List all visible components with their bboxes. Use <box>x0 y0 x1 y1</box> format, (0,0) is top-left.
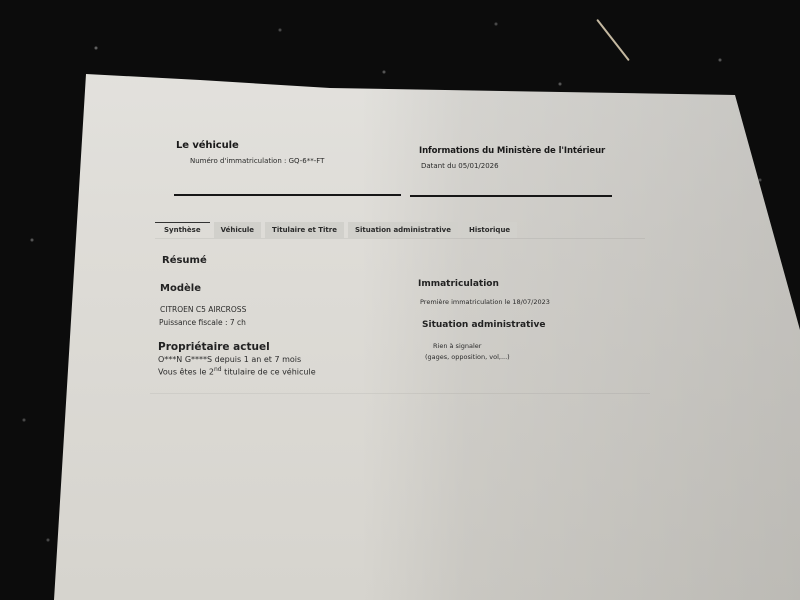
vehicle-title: Le véhicule <box>176 140 324 151</box>
header-divider-right <box>410 195 612 197</box>
registration-title: Immatriculation <box>418 279 499 289</box>
summary-title: Résumé <box>162 255 207 266</box>
fiscal-power: Puissance fiscale : 7 ch <box>159 318 246 327</box>
owner-rank-prefix: Vous êtes le 2 <box>158 368 214 377</box>
owner-rank-suffix: nd <box>214 366 222 373</box>
admin-status-detail: (gages, opposition, vol,...) <box>425 353 510 361</box>
date-label: Datant du <box>421 162 456 170</box>
ministry-header: Informations du Ministère de l'Intérieur… <box>419 146 605 170</box>
tab-underline <box>155 238 645 239</box>
owner-name-duration: O***N G****S depuis 1 an et 7 mois <box>158 355 301 364</box>
tab-synthese[interactable]: Synthèse <box>155 222 210 238</box>
admin-status-value: Rien à signaler <box>433 342 481 350</box>
ministry-title: Informations du Ministère de l'Intérieur <box>419 146 605 156</box>
current-owner-title: Propriétaire actuel <box>158 341 270 353</box>
registration-number: Numéro d'immatriculation : GQ-6**-FT <box>190 157 324 165</box>
header-divider-left <box>174 194 401 196</box>
tab-vehicule[interactable]: Véhicule <box>214 222 261 238</box>
vehicle-header: Le véhicule Numéro d'immatriculation : G… <box>176 140 324 165</box>
model-name: CITROEN C5 AIRCROSS <box>160 305 246 314</box>
data-date: Datant du 05/01/2026 <box>421 162 605 170</box>
registration-label: Numéro d'immatriculation : <box>190 157 286 165</box>
tab-titulaire-et-titre[interactable]: Titulaire et Titre <box>265 222 344 238</box>
owner-rank: Vous êtes le 2nd titulaire de ce véhicul… <box>158 366 316 377</box>
tab-bar: Synthèse Véhicule Titulaire et Titre Sit… <box>155 222 517 238</box>
date-value: 05/01/2026 <box>458 162 498 170</box>
document-content: Le véhicule Numéro d'immatriculation : G… <box>0 0 800 600</box>
admin-status-title: Situation administrative <box>422 320 545 330</box>
first-registration-date: Première immatriculation le 18/07/2023 <box>420 298 550 306</box>
tab-situation-administrative[interactable]: Situation administrative <box>348 222 458 238</box>
owner-rank-rest: titulaire de ce véhicule <box>222 368 316 377</box>
registration-value: GQ-6**-FT <box>289 157 325 165</box>
model-title: Modèle <box>160 283 201 294</box>
tab-historique[interactable]: Historique <box>462 222 517 238</box>
